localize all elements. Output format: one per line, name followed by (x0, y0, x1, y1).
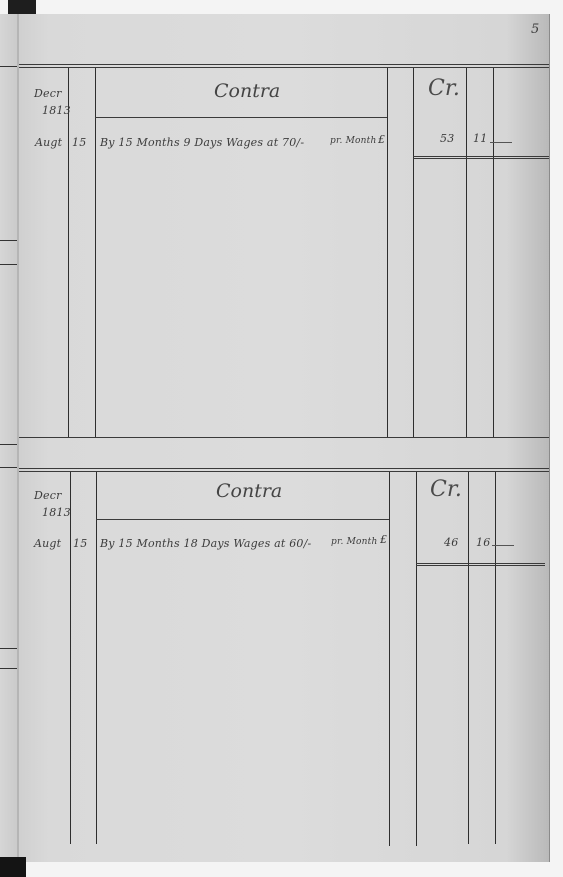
facing-page-rule (0, 668, 18, 669)
facing-page-rule (0, 240, 18, 241)
page-number: 5 (531, 22, 539, 37)
heading-underline (95, 117, 387, 118)
binding-clip-top (8, 0, 36, 14)
entry-day: 15 (72, 136, 86, 149)
section-heading: Contra (216, 480, 282, 502)
total-rule-top (416, 563, 545, 564)
entry-shillings: 16 (476, 536, 490, 549)
total-rule-bottom (413, 158, 549, 159)
entry-pounds: 53 (440, 132, 454, 145)
facing-page-rule (0, 444, 18, 445)
header-rule-bottom (19, 471, 549, 472)
date-header-month: Decr (34, 489, 62, 502)
facing-page-rule (0, 648, 18, 649)
facing-page-edge (0, 14, 18, 858)
binding-clip-bottom (0, 857, 26, 877)
entry-month: Augt (35, 136, 62, 149)
pounds-column-rule (468, 472, 469, 844)
facing-page-rule (0, 66, 18, 67)
heading-underline (96, 519, 389, 520)
entry-currency: £ (380, 533, 387, 546)
folio-column-rule-left (387, 68, 388, 438)
date-column-rule (70, 472, 71, 844)
credit-label: Cr. (430, 477, 462, 502)
folio-column-rule-right (416, 472, 417, 846)
entry-pounds: 46 (444, 536, 458, 549)
date-header-year: 1813 (42, 104, 71, 117)
page-gutter (17, 14, 19, 862)
header-rule-top (19, 468, 549, 469)
section-bottom-rule (19, 437, 549, 438)
entry-description: By 15 Months 9 Days Wages at 70/- (100, 136, 304, 149)
entry-shillings: 11 (473, 132, 487, 145)
entry-month: Augt (34, 537, 61, 550)
date-header-month: Decr (34, 87, 62, 100)
entry-currency: £ (378, 133, 385, 146)
shillings-column-rule (493, 68, 494, 438)
credit-label: Cr. (428, 76, 460, 101)
facing-page-rule (0, 467, 18, 468)
total-rule-top (413, 156, 549, 157)
entry-description: By 15 Months 18 Days Wages at 60/- (100, 537, 311, 550)
date-column-rule (68, 68, 69, 438)
entry-rate-suffix: pr. Month (330, 136, 376, 146)
entry-pence-dash (490, 142, 512, 143)
shillings-column-rule (495, 472, 496, 844)
folio-column-rule-right (413, 68, 414, 438)
total-rule-bottom (416, 565, 545, 566)
header-rule-bottom (19, 67, 549, 68)
facing-page-rule (0, 264, 18, 265)
section-heading: Contra (214, 80, 280, 102)
day-column-rule (96, 472, 97, 844)
date-header-year: 1813 (42, 506, 71, 519)
entry-day: 15 (73, 537, 87, 550)
entry-pence-dash (492, 545, 514, 546)
header-rule-top (19, 64, 549, 65)
entry-rate-suffix: pr. Month (331, 537, 377, 547)
folio-column-rule-left (389, 472, 390, 846)
pounds-column-rule (466, 68, 467, 438)
day-column-rule (95, 68, 96, 438)
